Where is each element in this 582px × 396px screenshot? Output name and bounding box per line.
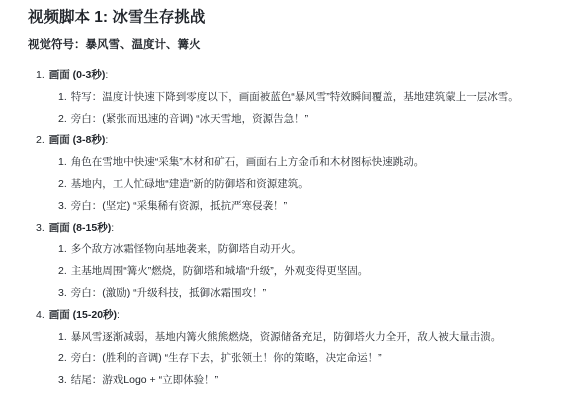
scene-2-line-2: 2.基地内，工人忙碌地“建造”新的防御塔和资源建筑。 [28,174,582,196]
scene-2-line-3: 3.旁白：(坚定) “采集稀有资源，抵抗严寒侵袭！” [28,196,582,218]
list-marker: 2. [36,134,45,146]
scene-4-line-1: 1.暴风雪逐渐减弱，基地内篝火熊熊燃烧，资源储备充足，防御塔火力全开，敌人被大量… [28,327,582,349]
list-marker: 1. [58,91,67,103]
scene-heading-colon: : [117,309,120,321]
list-marker: 1. [36,69,45,81]
scene-line-text: 旁白：(坚定) “采集稀有资源，抵抗严寒侵袭！” [71,200,287,212]
page-subtitle: 视觉符号：暴风雪、温度计、篝火 [28,38,582,53]
list-marker: 1. [58,156,67,168]
list-marker: 3. [58,287,67,299]
list-marker: 3. [58,374,67,386]
scene-line-text: 旁白：(胜利的音调) “生存下去，扩张领土！你的策略，决定命运！” [71,352,382,364]
list-marker: 4. [36,309,45,321]
list-marker: 1. [58,243,67,255]
scene-2-heading: 2.画面 (3-8秒): [28,130,582,152]
scene-line-text: 暴风雪逐渐减弱，基地内篝火熊熊燃烧，资源储备充足，防御塔火力全开，敌人被大量击溃… [71,331,502,343]
scene-line-text: 旁白：(紧张而迅速的音调) “冰天雪地，资源告急！” [71,113,308,125]
scene-4-line-3: 3.结尾：游戏Logo + “立即体验！” [28,370,582,392]
scene-heading-colon: : [105,69,108,81]
scene-line-text: 旁白：(激励) “升级科技，抵御冰霜围攻！” [71,287,266,299]
scene-line-text: 多个敌方冰霜怪物向基地袭来，防御塔自动开火。 [71,243,302,255]
scene-line-text: 主基地周围“篝火”燃烧，防御塔和城墙“升级”，外观变得更坚固。 [71,265,369,277]
scene-3-line-3: 3.旁白：(激励) “升级科技，抵御冰霜围攻！” [28,283,582,305]
scene-heading-text: 画面 (8-15秒) [49,222,111,234]
script-document: 视频脚本 1: 冰雪生存挑战 视觉符号：暴风雪、温度计、篝火 1.画面 (0-3… [0,0,582,392]
list-marker: 1. [58,331,67,343]
scene-4-heading: 4.画面 (15-20秒): [28,305,582,327]
scene-3-heading: 3.画面 (8-15秒): [28,218,582,240]
list-marker: 2. [58,113,67,125]
scene-heading-text: 画面 (0-3秒) [49,69,106,81]
scene-line-text: 特写：温度计快速下降到零度以下，画面被蓝色“暴风雪”特效瞬间覆盖，基地建筑蒙上一… [71,91,519,103]
scene-heading-text: 画面 (3-8秒) [49,134,106,146]
list-marker: 3. [58,200,67,212]
scene-line-text: 角色在雪地中快速“采集”木材和矿石，画面右上方金币和木材图标快速跳动。 [71,156,425,168]
scene-3-line-1: 1.多个敌方冰霜怪物向基地袭来，防御塔自动开火。 [28,239,582,261]
page-title: 视频脚本 1: 冰雪生存挑战 [28,8,582,28]
list-marker: 3. [36,222,45,234]
scene-heading-text: 画面 (15-20秒) [49,309,117,321]
scene-4-line-2: 2.旁白：(胜利的音调) “生存下去，扩张领土！你的策略，决定命运！” [28,348,582,370]
list-marker: 2. [58,352,67,364]
scene-list: 1.画面 (0-3秒): 1.特写：温度计快速下降到零度以下，画面被蓝色“暴风雪… [28,65,582,392]
scene-line-text: 结尾：游戏Logo + “立即体验！” [71,374,218,386]
scene-heading-colon: : [105,134,108,146]
scene-2-line-1: 1.角色在雪地中快速“采集”木材和矿石，画面右上方金币和木材图标快速跳动。 [28,152,582,174]
scene-1-line-1: 1.特写：温度计快速下降到零度以下，画面被蓝色“暴风雪”特效瞬间覆盖，基地建筑蒙… [28,87,582,109]
scene-1-heading: 1.画面 (0-3秒): [28,65,582,87]
list-marker: 2. [58,265,67,277]
scene-heading-colon: : [111,222,114,234]
scene-line-text: 基地内，工人忙碌地“建造”新的防御塔和资源建筑。 [71,178,309,190]
scene-1-line-2: 2.旁白：(紧张而迅速的音调) “冰天雪地，资源告急！” [28,109,582,131]
list-marker: 2. [58,178,67,190]
scene-3-line-2: 2.主基地周围“篝火”燃烧，防御塔和城墙“升级”，外观变得更坚固。 [28,261,582,283]
